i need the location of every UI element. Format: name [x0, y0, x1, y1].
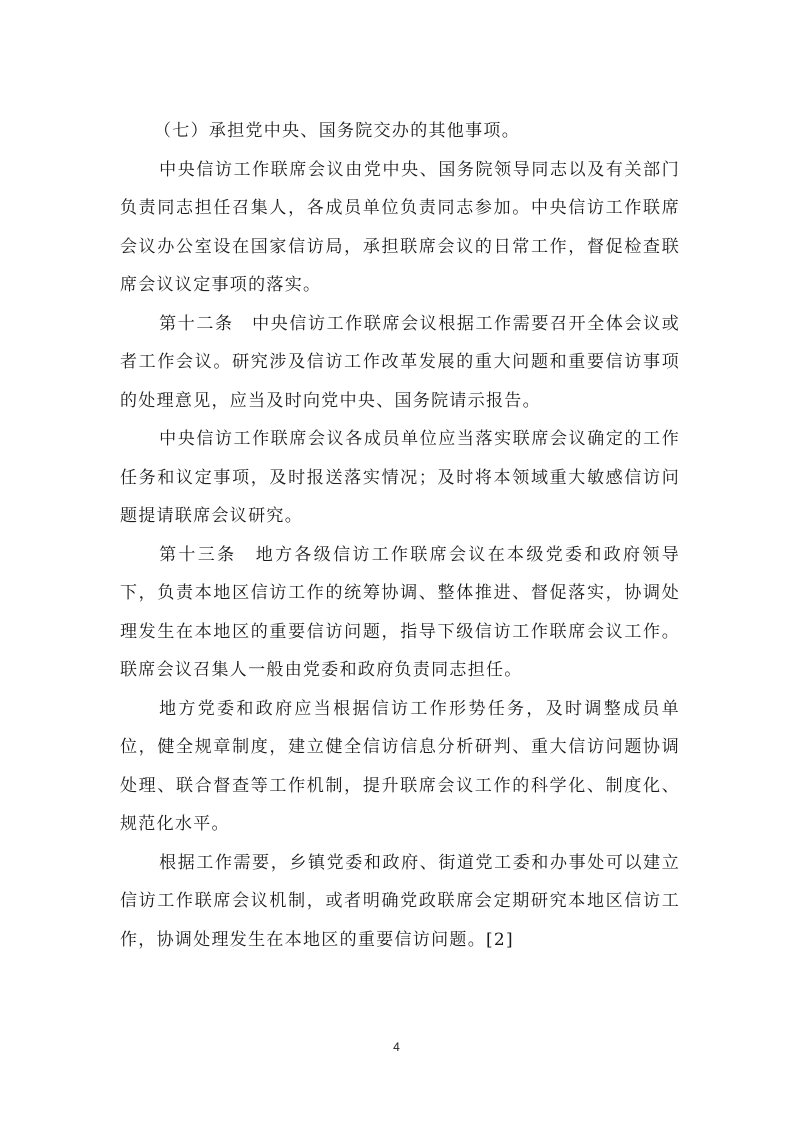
paragraph-central-conference-convener: 中央信访工作联席会议由党中央、国务院领导同志以及有关部门负责同志担任召集人，各成… [120, 151, 680, 305]
paragraph-township-mechanism: 根据工作需要，乡镇党委和政府、街道党工委和办事处可以建立信访工作联席会议机制，或… [120, 844, 680, 960]
paragraph-local-party-committees: 地方党委和政府应当根据信访工作形势任务，及时调整成员单位，健全规章制度，建立健全… [120, 690, 680, 844]
paragraph-article-12: 第十二条 中央信访工作联席会议根据工作需要召开全体会议或者工作会议。研究涉及信访… [120, 305, 680, 421]
document-page-body: （七）承担党中央、国务院交办的其他事项。 中央信访工作联席会议由党中央、国务院领… [120, 112, 680, 959]
paragraph-article-13: 第十三条 地方各级信访工作联席会议在本级党委和政府领导下，负责本地区信访工作的统… [120, 536, 680, 690]
page-number: 4 [0, 1040, 793, 1054]
paragraph-member-units-duties: 中央信访工作联席会议各成员单位应当落实联席会议确定的工作任务和议定事项，及时报送… [120, 420, 680, 536]
paragraph-item-seven: （七）承担党中央、国务院交办的其他事项。 [120, 112, 680, 151]
